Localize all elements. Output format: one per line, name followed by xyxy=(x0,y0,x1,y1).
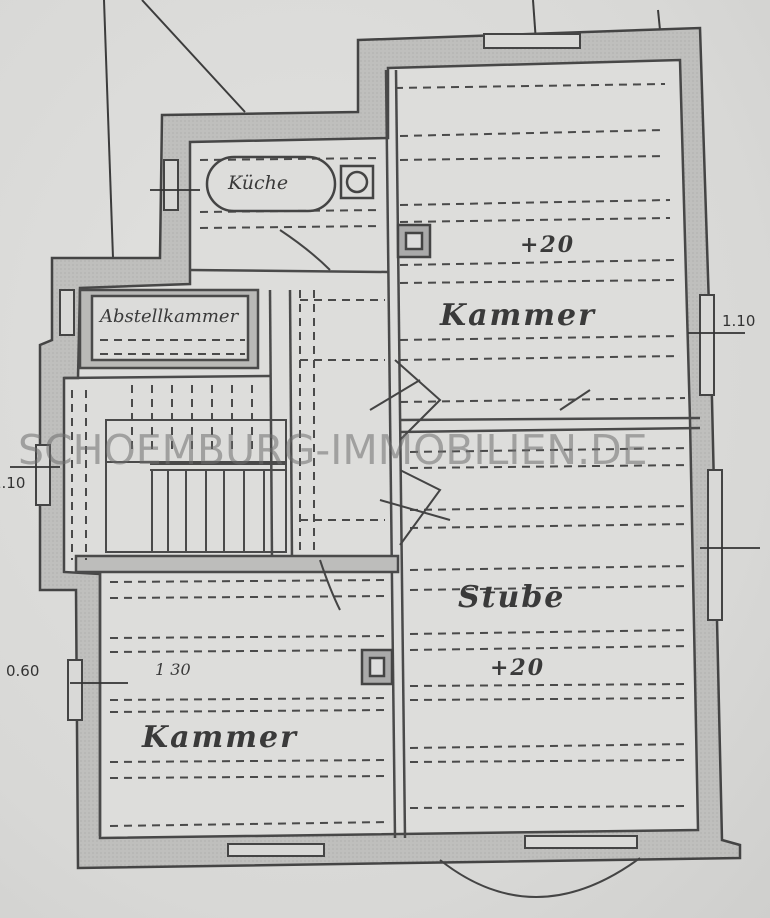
floor-plan-sheet: Küche Abstellkammer Kammer +20 Stube +20… xyxy=(0,0,770,918)
room-label-kammer-top: Kammer xyxy=(440,298,596,333)
dimension-left: 1.10 xyxy=(0,474,25,492)
level-mark-stube: +20 xyxy=(490,655,545,681)
level-mark-kammer-top: +20 xyxy=(520,232,575,258)
note-kammer-bottom: 1 30 xyxy=(155,660,191,679)
dimension-right: 1.10 xyxy=(722,312,755,330)
watermark: SCHOEMBURG-IMMOBILIEN.DE xyxy=(18,426,648,474)
room-label-kueche: Küche xyxy=(228,172,288,194)
room-label-stube: Stube xyxy=(458,580,565,615)
room-label-abstellkammer: Abstellkammer xyxy=(100,306,238,327)
dimension-left-lower: 0.60 xyxy=(6,662,39,680)
room-label-kammer-bottom: Kammer xyxy=(142,720,298,755)
